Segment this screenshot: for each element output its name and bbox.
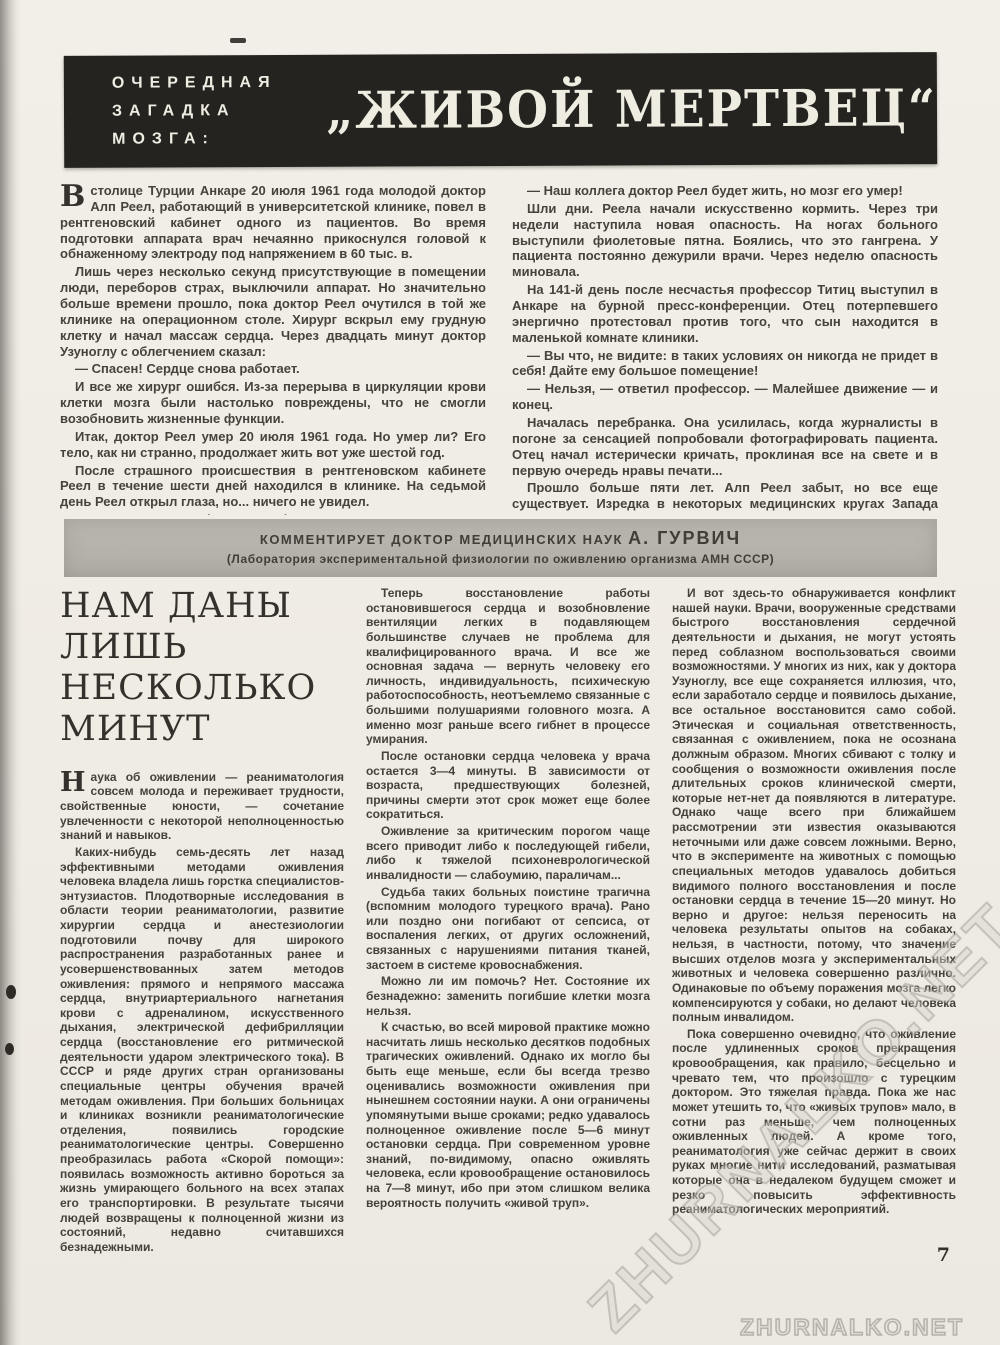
scan-artifact [230, 38, 246, 43]
article-kicker: ОЧЕРЕДНАЯ ЗАГАДКА МОЗГА: [112, 69, 279, 154]
paragraph: Итак, доктор Реел умер 20 июля 1961 года… [60, 429, 486, 461]
commentary-banner-line2: (Лаборатория экспериментальной физиологи… [64, 552, 937, 566]
article-header-banner: ОЧЕРЕДНАЯ ЗАГАДКА МОЗГА: „ЖИВОЙ МЕРТВЕЦ“ [64, 52, 937, 168]
paragraph: Лишь через несколько секунд присутствующ… [60, 264, 486, 359]
intro-right-paragraphs: — Наш коллега доктор Реел будет жить, но… [512, 183, 938, 515]
commentary-banner-line1: КОММЕНТИРУЕТ ДОКТОР МЕДИЦИНСКИХ НАУК А. … [64, 528, 937, 549]
commentary-section: НАМ ДАНЫ ЛИШЬ НЕСКОЛЬКО МИНУТ Наука об о… [60, 586, 956, 1272]
paragraph: Прошло больше пяти лет. Алп Реел забыт, … [512, 480, 938, 515]
paragraph: Пока совершенно очевидно, что оживление … [672, 1027, 956, 1217]
watermark-bottom: ZHURNALKO.NET [740, 1314, 964, 1341]
paragraph: И все же хирург ошибся. Из-за перерыва в… [60, 379, 486, 427]
commentary-column-2: Теперь восстановление работы остановивше… [366, 586, 650, 1272]
intro-left-paragraphs: Лишь через несколько секунд присутствующ… [60, 264, 486, 515]
paragraph: Оживление за критическим порогом чаще вс… [366, 824, 650, 883]
page-number: 7 [937, 1244, 950, 1266]
paragraph: Каких-нибудь семь-десять лет назад эффек… [60, 845, 344, 1255]
paragraph: — Вы что, не видите: в таких условиях он… [512, 348, 938, 380]
commentary-column-3: И вот здесь-то обнаруживается конфликт н… [672, 586, 956, 1272]
dropcap-letter: Н [60, 770, 91, 794]
commentary-banner-prefix: КОММЕНТИРУЕТ ДОКТОР МЕДИЦИНСКИХ НАУК [260, 532, 628, 547]
intro-right-column: — Наш коллега доктор Реел будет жить, но… [512, 183, 938, 515]
intro-section: Встолице Турции Анкаре 20 июля 1961 года… [60, 183, 938, 515]
paragraph: Можно ли им помочь? Нет. Состояние их бе… [366, 974, 650, 1018]
scan-gutter-shadow [0, 0, 22, 1345]
paragraph: Шли дни. Реела начали искусственно корми… [512, 201, 938, 280]
paragraph: — Нельзя, — ответил профессор. — Малейше… [512, 381, 938, 413]
paragraph: Судьба таких больных поистине трагична (… [366, 885, 650, 973]
paragraph: После остановки сердца человека у врача … [366, 749, 650, 822]
paragraph: — Наш коллега доктор Реел будет жить, но… [512, 183, 938, 199]
dropcap-letter: В [60, 183, 90, 210]
commentary-column-1: НАМ ДАНЫ ЛИШЬ НЕСКОЛЬКО МИНУТ Наука об о… [60, 586, 344, 1272]
paragraph: Началась перебранка. Она усилилась, когд… [512, 415, 938, 478]
paragraph: Встолице Турции Анкаре 20 июля 1961 года… [60, 183, 486, 262]
commentary-banner: КОММЕНТИРУЕТ ДОКТОР МЕДИЦИНСКИХ НАУК А. … [64, 519, 937, 577]
column1-paragraphs: Каких-нибудь семь-десять лет назад эффек… [60, 845, 344, 1255]
scan-artifact [6, 985, 16, 999]
column1-body: Наука об оживлении — реаниматология совс… [60, 770, 344, 1255]
paragraph-text: столице Турции Анкаре 20 июля 1961 года … [60, 183, 486, 261]
article-title: „ЖИВОЙ МЕРТВЕЦ“ [326, 78, 937, 140]
paragraph: Теперь восстановление работы остановивше… [366, 586, 650, 747]
paragraph: К счастью, во всей мировой практике можн… [366, 1020, 650, 1210]
intro-left-column: Встолице Турции Анкаре 20 июля 1961 года… [60, 183, 486, 515]
scan-artifact [5, 1043, 14, 1055]
commentator-name: А. ГУРВИЧ [628, 528, 741, 548]
paragraph: Именно тогда профессор Орфан Титиц первы… [60, 512, 486, 515]
paragraph: — Спасен! Сердце снова работает. [60, 361, 486, 377]
paragraph: После страшного происшествия в рентгенов… [60, 463, 486, 511]
commentary-headline: НАМ ДАНЫ ЛИШЬ НЕСКОЛЬКО МИНУТ [60, 586, 344, 750]
paragraph: И вот здесь-то обнаруживается конфликт н… [672, 586, 956, 1025]
paragraph: Наука об оживлении — реаниматология совс… [60, 770, 344, 843]
magazine-page: ОЧЕРЕДНАЯ ЗАГАДКА МОЗГА: „ЖИВОЙ МЕРТВЕЦ“… [0, 0, 1000, 1345]
paragraph-text: аука об оживлении — реаниматология совсе… [60, 770, 344, 843]
paragraph: На 141-й день после несчастья профессор … [512, 282, 938, 345]
